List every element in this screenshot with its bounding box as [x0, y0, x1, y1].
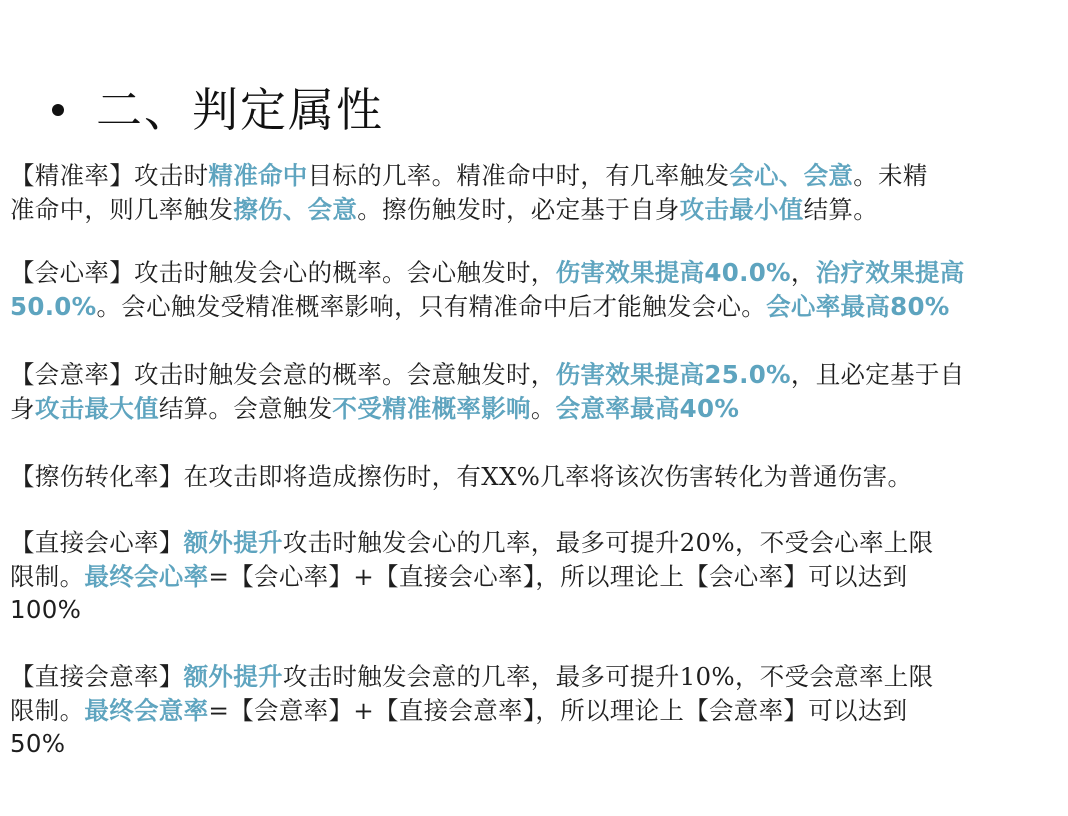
body-text: 准命中，则几率触发: [10, 195, 233, 224]
body-text: 结算。: [804, 195, 878, 224]
text-line: 限制。最终会心率=【会心率】+【直接会心率】，所以理论上【会心率】可以达到: [10, 560, 1060, 594]
highlighted-text: 最终会心率: [84, 562, 208, 591]
text-line: 身攻击最大值结算。会意触发不受精准概率影响。会意率最高40%: [10, 392, 1060, 426]
bullet-icon: [52, 104, 64, 116]
body-text: 【精准率】攻击时: [10, 161, 208, 190]
body-text: 。未精: [853, 161, 927, 190]
highlighted-text: 会心率最高80%: [766, 292, 950, 321]
highlighted-text: 治疗效果提高: [816, 258, 965, 287]
slide: 二、判定属性 【精准率】攻击时精准命中目标的几率。精准命中时，有几率触发会心、会…: [0, 0, 1068, 816]
body-text: 。: [531, 394, 556, 423]
body-text: =【会意率】+【直接会意率】，所以理论上【会意率】可以达到: [208, 696, 907, 725]
body-text: 【直接会心率】: [10, 528, 184, 557]
highlighted-text: 伤害效果提高40.0%: [556, 258, 791, 287]
body-text: 攻击时触发会意的几率，最多可提升10%，不受会意率上限: [283, 662, 934, 691]
body-text: 100%: [10, 595, 81, 624]
body-text: 限制。: [10, 562, 84, 591]
paragraph-direct-critical-rate: 【直接会心率】额外提升攻击时触发会心的几率，最多可提升20%，不受会心率上限限制…: [10, 526, 1060, 627]
body-text: ，: [791, 258, 816, 287]
text-line: 限制。最终会意率=【会意率】+【直接会意率】，所以理论上【会意率】可以达到: [10, 694, 1060, 728]
body-text: 【会心率】攻击时触发会心的概率。会心触发时，: [10, 258, 556, 287]
body-text: =【会心率】+【直接会心率】，所以理论上【会心率】可以达到: [208, 562, 907, 591]
text-line: 准命中，则几率触发擦伤、会意。擦伤触发时，必定基于自身攻击最小值结算。: [10, 193, 1060, 227]
body-text: 。会心触发受精准概率影响，只有精准命中后才能触发会心。: [97, 292, 767, 321]
body-text: 结算。会意触发: [159, 394, 333, 423]
highlighted-text: 擦伤、会意: [233, 195, 357, 224]
body-text: 【擦伤转化率】在攻击即将造成擦伤时，有XX%几率将该次伤害转化为普通伤害。: [10, 462, 912, 491]
body-text: 身: [10, 394, 35, 423]
body-text: 【会意率】攻击时触发会意的概率。会意触发时，: [10, 360, 556, 389]
highlighted-text: 精准命中: [208, 161, 307, 190]
highlighted-text: 会心、会意: [729, 161, 853, 190]
highlighted-text: 会意率最高40%: [556, 394, 740, 423]
text-line: 50.0%。会心触发受精准概率影响，只有精准命中后才能触发会心。会心率最高80%: [10, 290, 1060, 324]
body-text: 限制。: [10, 696, 84, 725]
text-line: 【擦伤转化率】在攻击即将造成擦伤时，有XX%几率将该次伤害转化为普通伤害。: [10, 460, 1060, 494]
highlighted-text: 伤害效果提高25.0%: [556, 360, 791, 389]
paragraph-graze-conversion-rate: 【擦伤转化率】在攻击即将造成擦伤时，有XX%几率将该次伤害转化为普通伤害。: [10, 460, 1060, 494]
highlighted-text: 攻击最大值: [35, 394, 159, 423]
body-text: ，且必定基于自: [791, 360, 965, 389]
highlighted-text: 额外提升: [184, 662, 283, 691]
text-line: 【会意率】攻击时触发会意的概率。会意触发时，伤害效果提高25.0%，且必定基于自: [10, 358, 1060, 392]
body-text: 【直接会意率】: [10, 662, 184, 691]
paragraph-critical-rate: 【会心率】攻击时触发会心的概率。会心触发时，伤害效果提高40.0%，治疗效果提高…: [10, 256, 1060, 323]
paragraph-insight-rate: 【会意率】攻击时触发会意的概率。会意触发时，伤害效果提高25.0%，且必定基于自…: [10, 358, 1060, 425]
body-text: 攻击时触发会心的几率，最多可提升20%，不受会心率上限: [283, 528, 934, 557]
text-line: 100%: [10, 593, 1060, 627]
body-text: 50%: [10, 729, 65, 758]
text-line: 【精准率】攻击时精准命中目标的几率。精准命中时，有几率触发会心、会意。未精: [10, 159, 1060, 193]
text-line: 【会心率】攻击时触发会心的概率。会心触发时，伤害效果提高40.0%，治疗效果提高: [10, 256, 1060, 290]
text-line: 【直接会意率】额外提升攻击时触发会意的几率，最多可提升10%，不受会意率上限: [10, 660, 1060, 694]
highlighted-text: 额外提升: [184, 528, 283, 557]
highlighted-text: 50.0%: [10, 292, 97, 321]
text-line: 【直接会心率】额外提升攻击时触发会心的几率，最多可提升20%，不受会心率上限: [10, 526, 1060, 560]
slide-title: 二、判定属性: [96, 80, 384, 140]
body-text: 目标的几率。精准命中时，有几率触发: [308, 161, 730, 190]
highlighted-text: 最终会意率: [84, 696, 208, 725]
paragraph-accuracy-rate: 【精准率】攻击时精准命中目标的几率。精准命中时，有几率触发会心、会意。未精准命中…: [10, 159, 1060, 226]
paragraph-direct-insight-rate: 【直接会意率】额外提升攻击时触发会意的几率，最多可提升10%，不受会意率上限限制…: [10, 660, 1060, 761]
body-text: 。擦伤触发时，必定基于自身: [357, 195, 679, 224]
highlighted-text: 不受精准概率影响: [332, 394, 530, 423]
title-row: 二、判定属性: [52, 80, 384, 140]
text-line: 50%: [10, 727, 1060, 761]
highlighted-text: 攻击最小值: [680, 195, 804, 224]
